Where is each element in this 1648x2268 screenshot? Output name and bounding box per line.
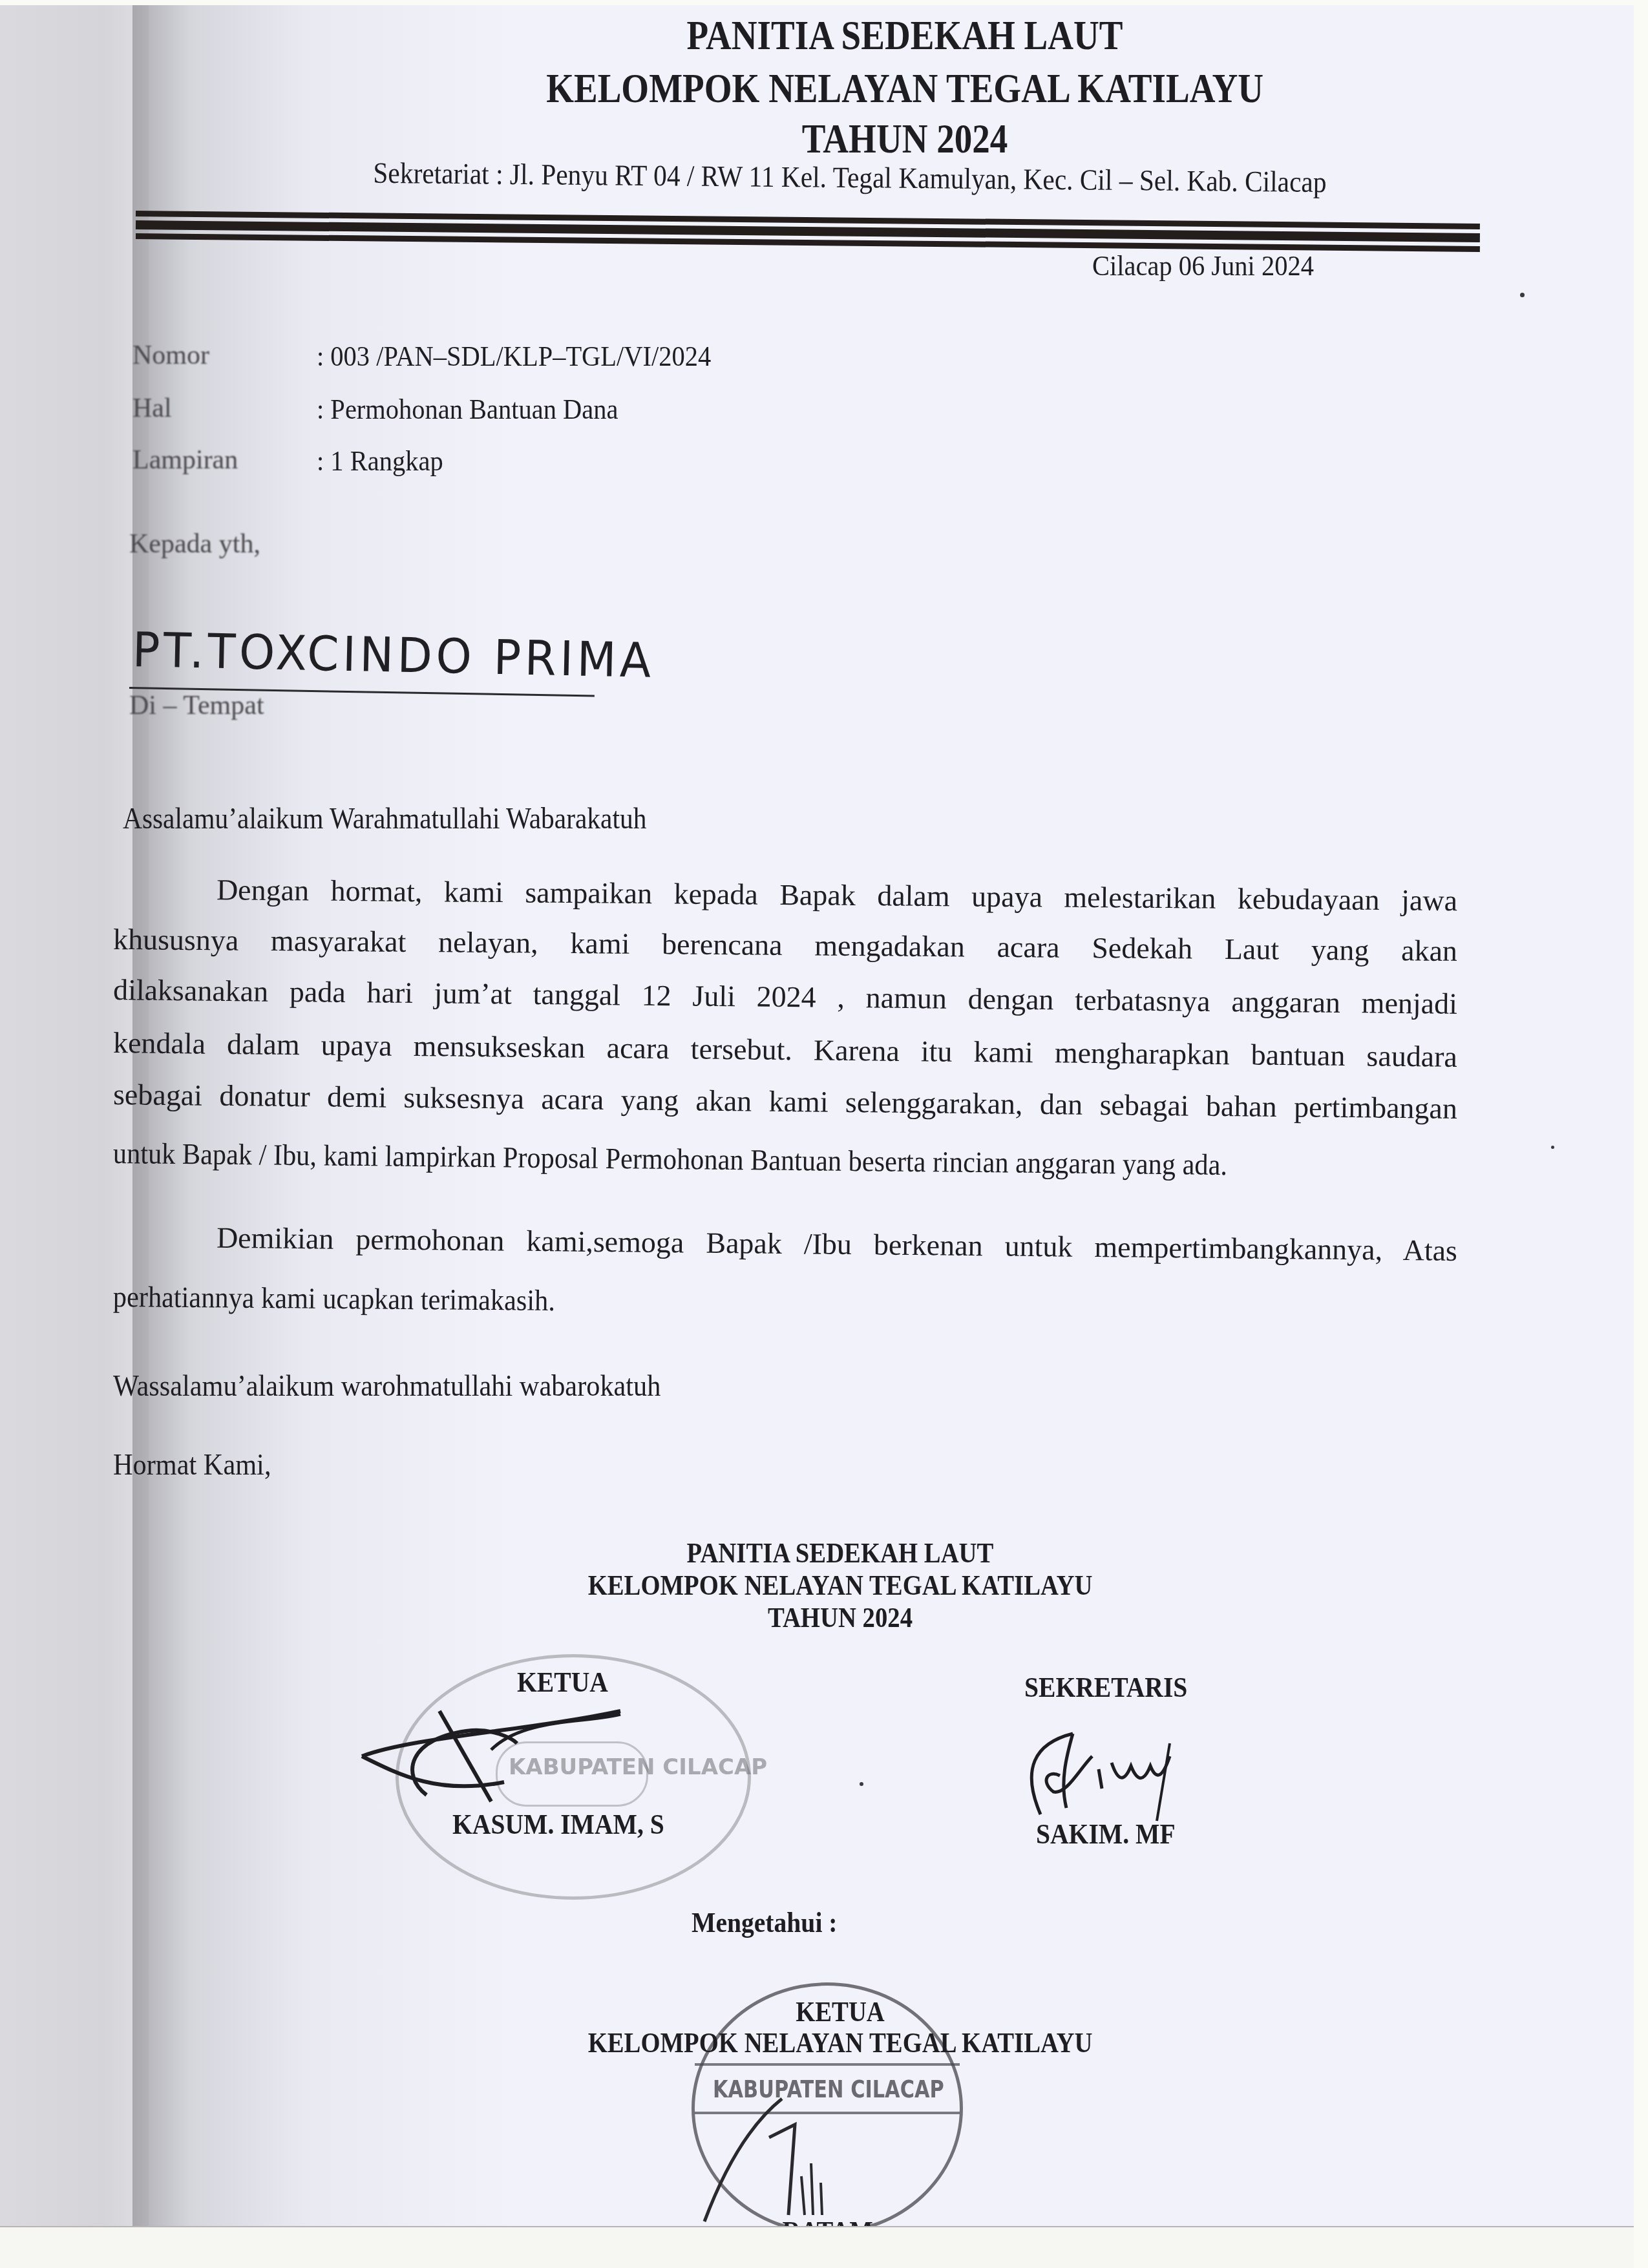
letterhead-year: TAHUN 2024 [571, 115, 1238, 163]
meta-value-nomor: : 003 /PAN–SDL/KLP–TGL/VI/2024 [317, 340, 711, 373]
chair-signature [362, 1711, 633, 1808]
meta-value-hal: : Permohonan Bantuan Dana [317, 393, 618, 426]
paper-speck [1520, 293, 1525, 297]
chair-name: KASUM. IMAM, S [452, 1808, 664, 1841]
acknowledgement-signature [698, 2086, 866, 2228]
meta-value-lampiran: : 1 Rangkap [317, 445, 443, 478]
paper-speck [860, 1782, 863, 1786]
chair-role: KETUA [517, 1666, 608, 1699]
recipient-intro: Kepada yth, [129, 529, 260, 560]
secretary-name: SAKIM. MF [1036, 1818, 1176, 1851]
letterhead-title: PANITIA SEDEKAH LAUT [460, 12, 1349, 59]
stamp-band-line [695, 2063, 960, 2066]
closing-regards: Hormat Kami, [113, 1447, 271, 1482]
meta-label-hal: Hal [132, 393, 172, 424]
letter-page: PANITIA SEDEKAH LAUT KELOMPOK NELAYAN TE… [0, 5, 1634, 2228]
secretary-role: SEKRETARIS [1024, 1671, 1187, 1704]
scan-bottom-margin [0, 2226, 1634, 2268]
signature-org-line1: PANITIA SEDEKAH LAUT [442, 1537, 1238, 1570]
letterhead-organization: KELOMPOK NELAYAN TEGAL KATILAYU [405, 65, 1405, 112]
acknowledgement-role-line2: KELOMPOK NELAYAN TEGAL KATILAYU [442, 2026, 1238, 2059]
photocopy-shadow-gradient [132, 5, 520, 2228]
acknowledgement-role-line1: KETUA [442, 1995, 1238, 2028]
recipient-name-handwritten: PT.TOXCINDO PRIMA [132, 622, 655, 689]
secretary-signature [1028, 1730, 1196, 1827]
photocopy-shadow-band [0, 5, 149, 2228]
meta-label-lampiran: Lampiran [132, 445, 238, 476]
signature-org-line3: TAHUN 2024 [442, 1601, 1238, 1634]
opening-greeting: Assalamu’alaikum Warahmatullahi Wabaraka… [123, 801, 646, 835]
acknowledgement-label: Mengetahui : [692, 1906, 837, 1939]
signature-org-line2: KELOMPOK NELAYAN TEGAL KATILAYU [442, 1569, 1238, 1602]
recipient-place: Di – Tempat [129, 690, 264, 721]
letter-date: Cilacap 06 Juni 2024 [1092, 249, 1314, 282]
meta-label-nomor: Nomor [132, 340, 209, 371]
closing-salam: Wassalamu’alaikum warohmatullahi wabarok… [113, 1369, 660, 1403]
paper-speck [1551, 1146, 1554, 1149]
